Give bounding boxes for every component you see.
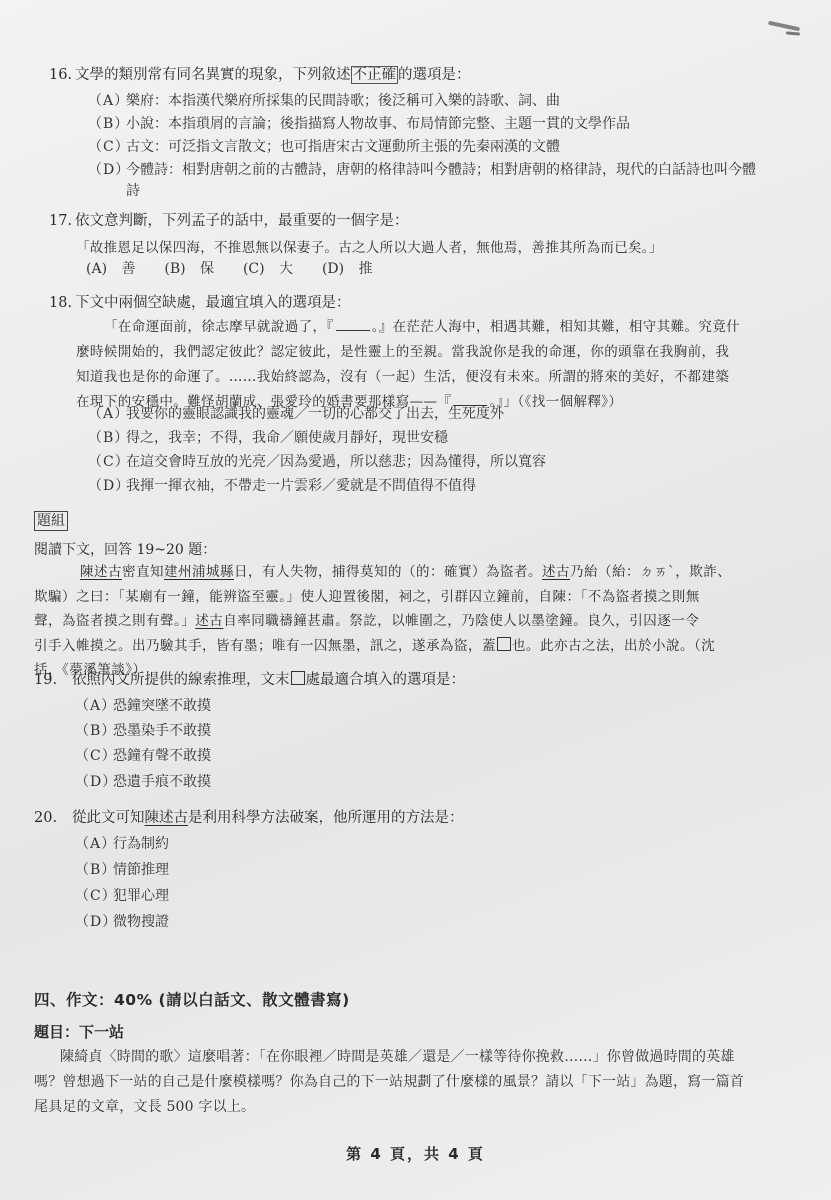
blank-1 [336,318,370,331]
question-18-option-a: （A）我要你的靈眼認識我的靈魂／一切的心都交了出去，生死度外 [88,403,504,425]
question-17-options: (A) 善 (B) 保 (C) 大 (D) 推 [86,258,373,280]
question-16-option-d: （D）今體詩：相對唐朝之前的古體詩，唐朝的格律詩叫今體詩；相對唐朝的格律詩，現代… [88,159,756,181]
answer-blank-box [497,637,511,651]
question-20-option-d: （D）微物搜證 [75,911,169,933]
question-19-option-c: （C）恐鐘有聲不敢摸 [75,745,211,767]
question-19-option-a: （A）恐鐘突墜不敢摸 [75,695,211,717]
question-20-option-b: （B）情節推理 [75,859,169,881]
question-19-stem: 19.依照內文所提供的線索推理，文末處最適合填入的選項是： [34,669,465,691]
page-number: 第 4 頁，共 4 頁 [0,1143,831,1164]
question-18-option-b: （B）得之，我幸；不得，我命／願使歲月靜好，現世安穩 [88,427,448,449]
emphasis-box: 不正確 [351,66,399,84]
essay-prompt: 陳綺貞〈時間的歌〉這麼唱著：「在你眼裡／時間是英雄／還是／一樣等待你挽救……」你… [34,1045,804,1120]
question-group-passage: 陳述古密直知建州浦城縣日，有人失物，捕得莫知的（的：確實）為盜者。述古乃紿（紿：… [34,560,804,683]
question-19-option-b: （B）恐墨染手不敢摸 [75,720,211,742]
question-18-passage: 「在命運面前，徐志摩早就說過了，『。』在茫茫人海中，相遇其難，相知其難，相守其難… [76,315,796,415]
question-18-option-d: （D）我揮一揮衣袖，不帶走一片雲彩／愛就是不問值得不值得 [88,475,476,497]
question-17-stem: 17.依文意判斷，下列孟子的話中，最重要的一個字是： [49,210,409,232]
question-18-stem: 18.下文中兩個空缺處，最適宜填入的選項是： [49,292,351,314]
question-16-option-a: （A）樂府：本指漢代樂府所採集的民間詩歌；後泛稱可入樂的詩歌、詞、曲 [88,90,560,112]
answer-blank-box [291,671,305,685]
question-16-option-d-cont: 詩 [88,180,140,202]
section-title-essay: 四、作文：40% (請以白話文、散文體書寫) [34,988,350,1010]
paper-smudge [768,21,800,32]
question-20-stem: 20.從此文可知陳述古是利用科學方法破案，他所運用的方法是： [34,807,464,829]
question-18-option-c: （C）在這交會時互放的光亮／因為愛過，所以慈悲；因為懂得，所以寬容 [88,451,546,473]
question-17-quote: 「故推恩足以保四海，不推恩無以保妻子。古之人所以大過人者，無他焉，善推其所為而已… [76,236,663,256]
question-20-option-c: （C）犯罪心理 [75,885,169,907]
question-group-tag: 題組 [34,511,68,531]
question-group-intro: 閱讀下文，回答 19~20 題： [34,539,216,559]
paper-smudge [786,31,800,35]
question-16-option-b: （B）小說：本指瑣屑的言論；後指描寫人物故事、布局情節完整、主題一貫的文學作品 [88,113,630,135]
question-20-option-a: （A）行為制約 [75,833,169,855]
essay-topic: 題目：下一站 [34,1021,124,1042]
question-16-stem: 16.文學的類別常有同名異實的現象，下列敘述不正確的選項是： [49,64,471,86]
question-19-option-d: （D）恐遺手痕不敢摸 [75,771,211,793]
exam-page: 16.文學的類別常有同名異實的現象，下列敘述不正確的選項是： （A）樂府：本指漢… [0,0,831,1200]
question-16-option-c: （C）古文：可泛指文言散文；也可指唐宋古文運動所主張的先秦兩漢的文體 [88,136,560,158]
